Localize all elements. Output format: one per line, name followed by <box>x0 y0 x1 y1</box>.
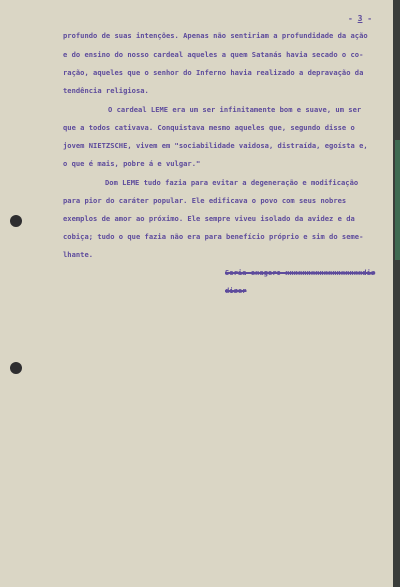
text-line: lhante. <box>63 250 93 259</box>
document-page: - 3 - profundo de suas intenções. Apenas… <box>0 0 393 587</box>
text-line: O cardeal LEME era um ser infinitamente … <box>108 105 361 114</box>
punch-hole-top <box>10 215 22 227</box>
text-line: ração, aqueles que o senhor do Inferno h… <box>63 68 363 77</box>
text-line: para pior do caráter popular. Ele edific… <box>63 196 346 205</box>
text-line: jovem NIETZSCHE, vivem em "sociabilidade… <box>63 141 368 150</box>
scan-edge <box>393 0 400 587</box>
text-line: o que é mais, pobre á e vulgar." <box>63 159 200 168</box>
struck-text-line: Seria exagero xxxxxxxxxxxxxxxxxxdiz <box>225 268 375 277</box>
text-line: cobiça; tudo o que fazia não era para be… <box>63 232 363 241</box>
scan-edge-accent <box>395 140 400 260</box>
text-line: profundo de suas intenções. Apenas não s… <box>63 31 368 40</box>
text-line: que a todos cativava. Conquistava mesmo … <box>63 123 355 132</box>
text-line: Dom LEME tudo fazia para evitar a degene… <box>105 178 358 187</box>
text-line: e do ensino do nosso cardeal aqueles a q… <box>63 50 363 59</box>
text-line: exemplos de amor ao próximo. Ele sempre … <box>63 214 355 223</box>
punch-hole-bottom <box>10 362 22 374</box>
page-number: - 3 - <box>348 14 372 23</box>
text-line: tendência religiosa. <box>63 86 149 95</box>
struck-text-line: dizer <box>225 286 246 295</box>
